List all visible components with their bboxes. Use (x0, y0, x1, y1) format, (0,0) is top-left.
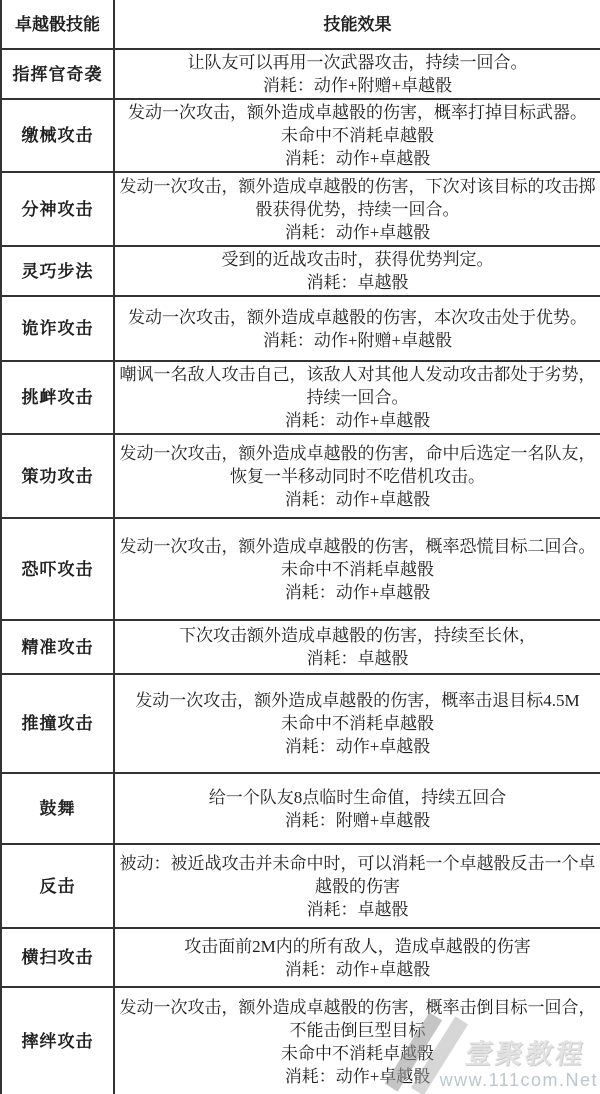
skill-name-cell: 指挥官奇袭 (1, 49, 114, 99)
effect-line: 消耗：动作+卓越骰 (119, 488, 596, 511)
effect-line: 发动一次攻击，额外造成卓越骰的伤害，概率击退目标4.5M (119, 689, 596, 712)
effect-line: 让队友可以再用一次武器攻击，持续一回合。 (119, 51, 596, 74)
skill-name-cell: 诡诈攻击 (1, 296, 114, 361)
effect-line: 发动一次攻击，额外造成卓越骰的伤害，命中后选定一名队友，恢复一半移动同时不吃借机… (119, 442, 596, 488)
effect-line: 消耗：动作+卓越骰 (119, 581, 596, 604)
effect-line: 消耗：附赠+卓越骰 (119, 809, 596, 832)
skill-effect-cell: 发动一次攻击，额外造成卓越骰的伤害，概率击倒目标一回合，不能击倒巨型目标 未命中… (114, 987, 600, 1094)
skill-name-cell: 推撞攻击 (1, 674, 114, 773)
skill-effect-cell: 让队友可以再用一次武器攻击，持续一回合。 消耗：动作+附赠+卓越骰 (114, 49, 600, 99)
guide-table-page: 卓越骰技能 技能效果 指挥官奇袭 让队友可以再用一次武器攻击，持续一回合。 消耗… (0, 0, 600, 1094)
skill-name-cell: 灵巧步法 (1, 246, 114, 296)
superiority-dice-skill-table: 卓越骰技能 技能效果 指挥官奇袭 让队友可以再用一次武器攻击，持续一回合。 消耗… (0, 0, 600, 1094)
skill-name-cell: 鼓舞 (1, 773, 114, 844)
skill-effect-cell: 发动一次攻击，额外造成卓越骰的伤害，本次攻击处于优势。 消耗：动作+附赠+卓越骰 (114, 296, 600, 361)
table-row: 分神攻击 发动一次攻击，额外造成卓越骰的伤害，下次对该目标的攻击掷骰获得优势，持… (1, 172, 600, 246)
skill-effect-cell: 发动一次攻击，额外造成卓越骰的伤害，命中后选定一名队友，恢复一半移动同时不吃借机… (114, 434, 600, 518)
table-row: 挑衅攻击 嘲讽一名敌人攻击自己，该敌人对其他人发动攻击都处于劣势，持续一回合。 … (1, 361, 600, 434)
table-row: 精准攻击 下次攻击额外造成卓越骰的伤害，持续至长休， 消耗：卓越骰 (1, 620, 600, 674)
skill-name-cell: 策功攻击 (1, 434, 114, 518)
effect-line: 未命中不消耗卓越骰 (119, 124, 596, 147)
effect-line: 受到的近战攻击时，获得优势判定。 (119, 248, 596, 271)
effect-line: 发动一次攻击，额外造成卓越骰的伤害，概率击倒目标一回合，不能击倒巨型目标 (119, 996, 596, 1042)
skill-name-cell: 反击 (1, 844, 114, 928)
effect-line: 下次攻击额外造成卓越骰的伤害，持续至长休， (119, 624, 596, 647)
effect-line: 消耗：动作+附赠+卓越骰 (119, 74, 596, 97)
skill-name-cell: 摔绊攻击 (1, 987, 114, 1094)
effect-line: 被动：被近战攻击并未命中时，可以消耗一个卓越骰反击一个卓越骰的伤害 (119, 852, 596, 898)
effect-line: 消耗：卓越骰 (119, 898, 596, 921)
effect-line: 嘲讽一名敌人攻击自己，该敌人对其他人发动攻击都处于劣势，持续一回合。 (119, 363, 596, 409)
effect-line: 消耗：卓越骰 (119, 271, 596, 294)
effect-line: 消耗：动作+附赠+卓越骰 (119, 329, 596, 352)
skill-effect-cell: 嘲讽一名敌人攻击自己，该敌人对其他人发动攻击都处于劣势，持续一回合。 消耗：动作… (114, 361, 600, 434)
skill-effect-cell: 下次攻击额外造成卓越骰的伤害，持续至长休， 消耗：卓越骰 (114, 620, 600, 674)
table-row: 鼓舞 给一个队友8点临时生命值，持续五回合 消耗：附赠+卓越骰 (1, 773, 600, 844)
skill-name-cell: 缴械攻击 (1, 99, 114, 172)
table-row: 横扫攻击 攻击面前2M内的所有敌人，造成卓越骰的伤害 消耗：动作+卓越骰 (1, 928, 600, 987)
effect-line: 发动一次攻击，额外造成卓越骰的伤害，概率恐慌目标二回合。 (119, 535, 596, 558)
column-header-skill: 卓越骰技能 (1, 0, 114, 49)
effect-line: 消耗：动作+卓越骰 (119, 735, 596, 758)
effect-line: 未命中不消耗卓越骰 (119, 1042, 596, 1065)
effect-line: 消耗：动作+卓越骰 (119, 147, 596, 170)
skill-name-cell: 精准攻击 (1, 620, 114, 674)
skill-effect-cell: 发动一次攻击，额外造成卓越骰的伤害，概率恐慌目标二回合。 未命中不消耗卓越骰 消… (114, 518, 600, 620)
effect-line: 发动一次攻击，额外造成卓越骰的伤害，本次攻击处于优势。 (119, 306, 596, 329)
effect-line: 发动一次攻击，额外造成卓越骰的伤害，概率打掉目标武器。 (119, 101, 596, 124)
skill-effect-cell: 发动一次攻击，额外造成卓越骰的伤害，下次对该目标的攻击掷骰获得优势，持续一回合。… (114, 172, 600, 246)
skill-name-cell: 分神攻击 (1, 172, 114, 246)
skill-effect-cell: 发动一次攻击，额外造成卓越骰的伤害，概率打掉目标武器。 未命中不消耗卓越骰 消耗… (114, 99, 600, 172)
table-row: 摔绊攻击 发动一次攻击，额外造成卓越骰的伤害，概率击倒目标一回合，不能击倒巨型目… (1, 987, 600, 1094)
skill-effect-cell: 受到的近战攻击时，获得优势判定。 消耗：卓越骰 (114, 246, 600, 296)
table-row: 灵巧步法 受到的近战攻击时，获得优势判定。 消耗：卓越骰 (1, 246, 600, 296)
skill-effect-cell: 发动一次攻击，额外造成卓越骰的伤害，概率击退目标4.5M 未命中不消耗卓越骰 消… (114, 674, 600, 773)
skill-effect-cell: 给一个队友8点临时生命值，持续五回合 消耗：附赠+卓越骰 (114, 773, 600, 844)
effect-line: 发动一次攻击，额外造成卓越骰的伤害，下次对该目标的攻击掷骰获得优势，持续一回合。 (119, 175, 596, 221)
effect-line: 消耗：动作+卓越骰 (119, 409, 596, 432)
effect-line: 未命中不消耗卓越骰 (119, 558, 596, 581)
skill-name-cell: 横扫攻击 (1, 928, 114, 987)
skill-effect-cell: 攻击面前2M内的所有敌人，造成卓越骰的伤害 消耗：动作+卓越骰 (114, 928, 600, 987)
table-row: 恐吓攻击 发动一次攻击，额外造成卓越骰的伤害，概率恐慌目标二回合。 未命中不消耗… (1, 518, 600, 620)
skill-effect-cell: 被动：被近战攻击并未命中时，可以消耗一个卓越骰反击一个卓越骰的伤害 消耗：卓越骰 (114, 844, 600, 928)
table-row: 诡诈攻击 发动一次攻击，额外造成卓越骰的伤害，本次攻击处于优势。 消耗：动作+附… (1, 296, 600, 361)
effect-line: 未命中不消耗卓越骰 (119, 712, 596, 735)
skill-name-cell: 恐吓攻击 (1, 518, 114, 620)
column-header-effect: 技能效果 (114, 0, 600, 49)
skill-name-cell: 挑衅攻击 (1, 361, 114, 434)
effect-line: 消耗：卓越骰 (119, 647, 596, 670)
table-row: 缴械攻击 发动一次攻击，额外造成卓越骰的伤害，概率打掉目标武器。 未命中不消耗卓… (1, 99, 600, 172)
table-header-row: 卓越骰技能 技能效果 (1, 0, 600, 49)
effect-line: 攻击面前2M内的所有敌人，造成卓越骰的伤害 (119, 935, 596, 958)
table-row: 指挥官奇袭 让队友可以再用一次武器攻击，持续一回合。 消耗：动作+附赠+卓越骰 (1, 49, 600, 99)
effect-line: 消耗：动作+卓越骰 (119, 958, 596, 981)
effect-line: 给一个队友8点临时生命值，持续五回合 (119, 786, 596, 809)
table-row: 推撞攻击 发动一次攻击，额外造成卓越骰的伤害，概率击退目标4.5M 未命中不消耗… (1, 674, 600, 773)
table-row: 反击 被动：被近战攻击并未命中时，可以消耗一个卓越骰反击一个卓越骰的伤害 消耗：… (1, 844, 600, 928)
effect-line: 消耗：动作+卓越骰 (119, 221, 596, 244)
table-row: 策功攻击 发动一次攻击，额外造成卓越骰的伤害，命中后选定一名队友，恢复一半移动同… (1, 434, 600, 518)
effect-line: 消耗：动作+卓越骰 (119, 1065, 596, 1088)
